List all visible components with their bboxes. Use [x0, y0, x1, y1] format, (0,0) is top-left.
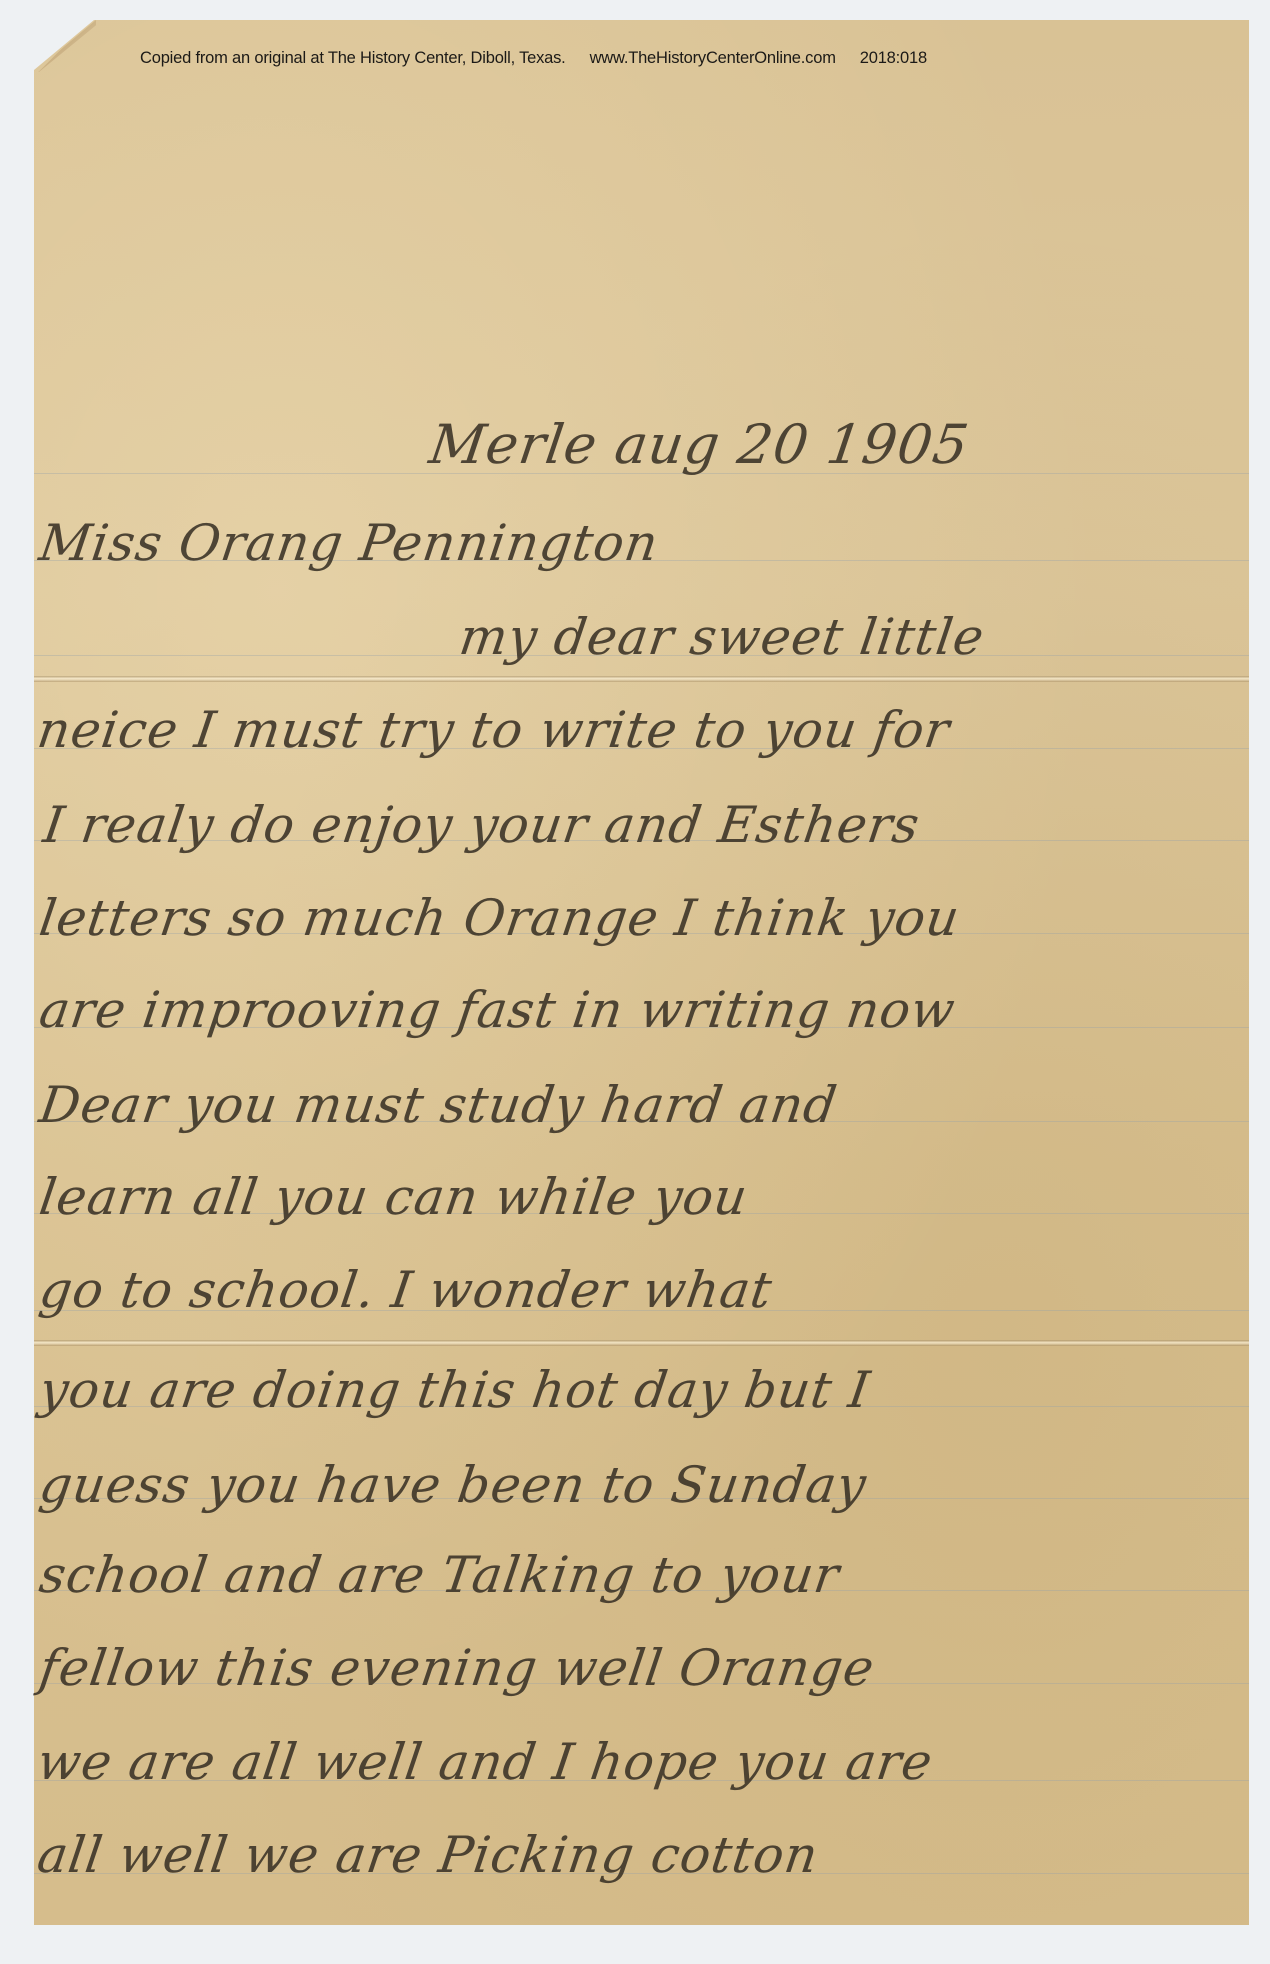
letter-salutation: my dear sweet little	[456, 612, 987, 662]
letter-line: guess you have been to Sunday	[36, 1460, 869, 1510]
letter-line: I realy do enjoy your and Esthers	[40, 800, 923, 850]
fold-crease	[34, 676, 1249, 682]
fold-crease	[34, 1340, 1249, 1346]
letter-line: you are doing this hot day but I	[36, 1365, 873, 1415]
letter-line: fellow this evening well Orange	[36, 1643, 877, 1693]
letter-line: learn all you can while you	[36, 1172, 750, 1222]
archive-source-note: Copied from an original at The History C…	[140, 49, 566, 67]
letter-line: school and are Talking to your	[36, 1550, 842, 1600]
letter-line: all well we are Picking cotton	[34, 1830, 821, 1880]
letter-line: neice I must try to write to you for	[34, 705, 953, 755]
archive-accession-number: 2018:018	[860, 49, 927, 67]
letter-line: Dear you must study hard and	[36, 1080, 840, 1130]
archive-header: Copied from an original at The History C…	[140, 49, 951, 68]
letter-dateline: Merle aug 20 1905	[426, 418, 972, 472]
letter-recipient-name: Miss Orang Pennington	[36, 518, 661, 568]
letter-line: are improoving fast in writing now	[36, 985, 958, 1035]
letter-line: go to school. I wonder what	[36, 1265, 775, 1315]
archive-website: www.TheHistoryCenterOnline.com	[590, 49, 836, 67]
letter-line: letters so much Orange I think you	[36, 893, 962, 943]
letter-line: we are all well and I hope you are	[34, 1737, 936, 1787]
